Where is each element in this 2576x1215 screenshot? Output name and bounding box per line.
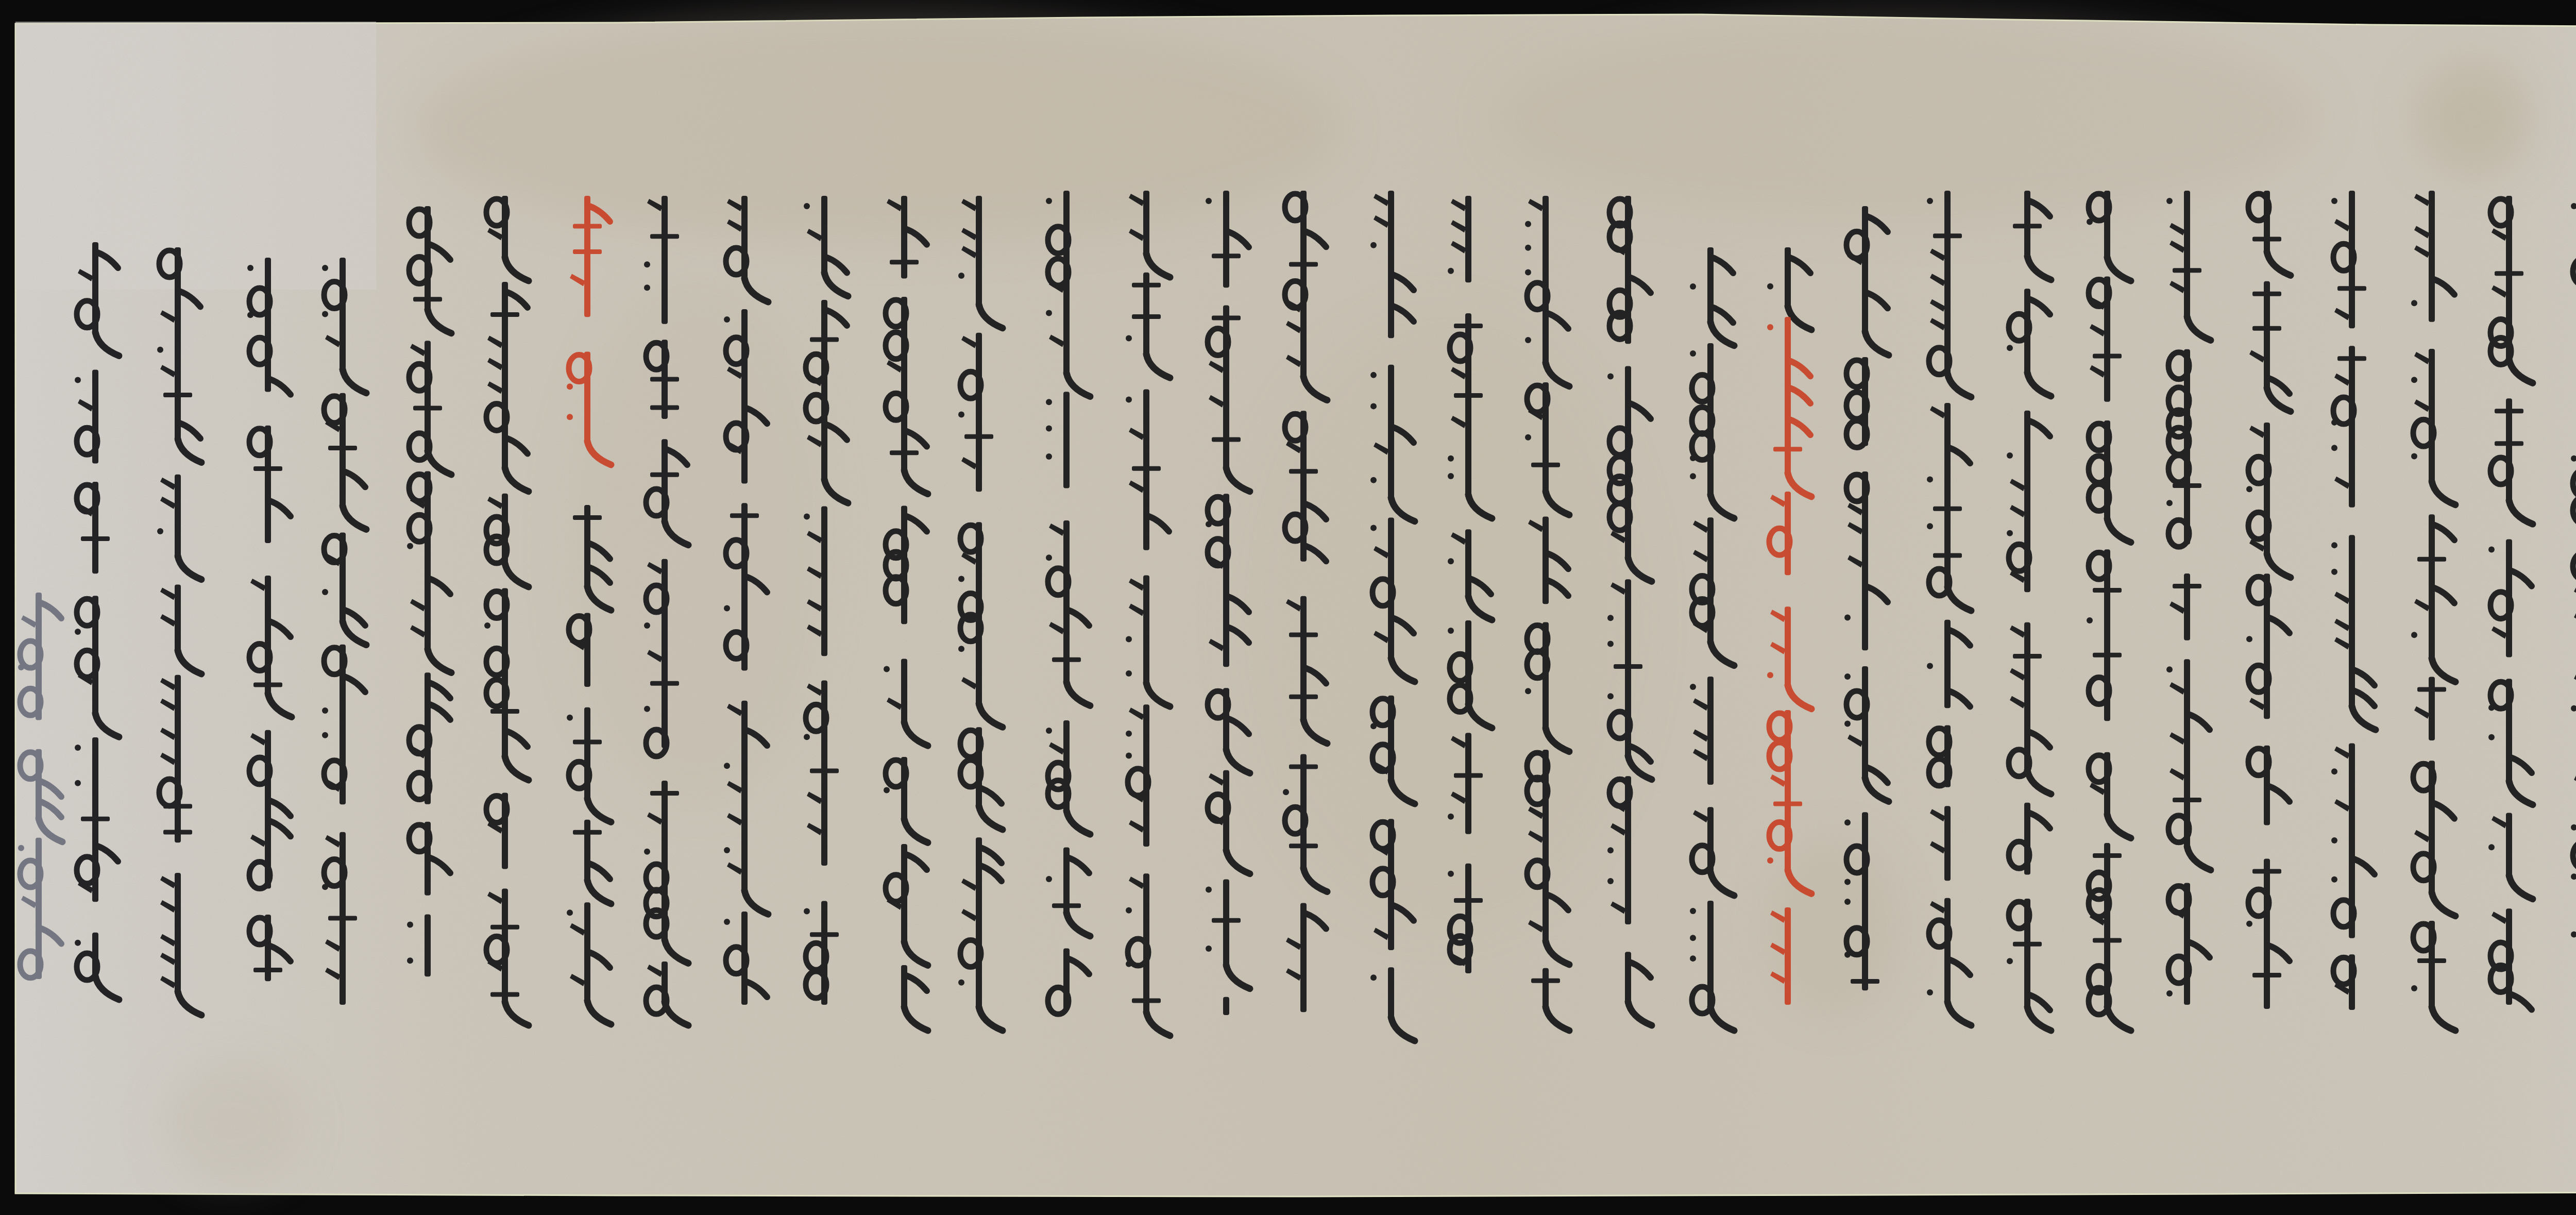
manuscript-canvas (0, 0, 2576, 1215)
manuscript-photo: traditional Mongolian (vertical, columns… (0, 0, 2576, 1215)
